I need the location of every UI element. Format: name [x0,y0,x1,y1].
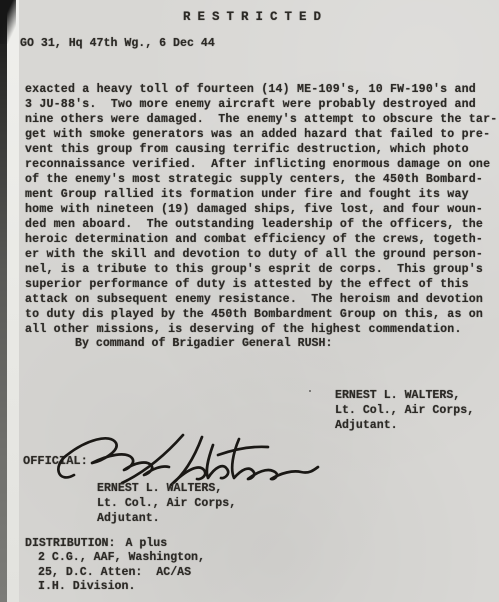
distribution-header: DISTRIBUTION:A plus [25,537,167,550]
classification-header: RESTRICTED [183,10,328,24]
order-reference-line: GO 31, Hq 47th Wg., 6 Dec 44 [20,37,215,50]
body-line: vent this group from causing terrific de… [25,142,491,157]
distribution-addressee: A plus [125,537,167,550]
document-page: RESTRICTED GO 31, Hq 47th Wg., 6 Dec 44 … [0,0,499,602]
body-line: nine others were damaged. The enemy's at… [25,112,491,127]
body-line: superior performance of duty is attested… [25,277,491,292]
distribution-list: 2 C.G., AAF, Washington, 25, D.C. Atten:… [38,551,205,595]
body-line: nel, is a tribute to this group's esprit… [25,262,491,277]
scan-speck [136,268,139,271]
body-line: reconnaissance verified. After inflictin… [25,157,491,172]
body-line: exacted a heavy toll of fourteen (14) ME… [25,82,491,97]
signature-block-official: ERNEST L. WALTERS, Lt. Col., Air Corps, … [97,481,236,526]
signer-rank: Lt. Col., Air Corps, [335,403,474,418]
body-line: 3 JU-88's. Two more enemy aircraft were … [25,97,491,112]
body-line: to duty dis played by the 450th Bombardm… [25,307,491,322]
distribution-item: 25, D.C. Atten: AC/AS [38,566,205,581]
signer-name: ERNEST L. WALTERS, [97,481,236,496]
distribution-label: DISTRIBUTION: [25,537,115,550]
body-line: all other missions, is deserving of the … [25,322,491,337]
command-line: By command of Brigadier General RUSH: [75,337,332,350]
distribution-item: I.H. Division. [38,580,205,595]
scan-speck [309,390,311,392]
body-line: get with smoke generators was an added h… [25,127,491,142]
body-line: er with the skill and devotion to duty o… [25,247,491,262]
body-line: heroic determination and combat efficien… [25,232,491,247]
signer-title: Adjutant. [335,418,474,433]
scan-edge-shadow [0,0,7,602]
body-line: ded men aboard. The outstanding leadersh… [25,217,491,232]
scan-corner-shadow [0,0,16,44]
signer-rank: Lt. Col., Air Corps, [97,496,236,511]
body-paragraph: exacted a heavy toll of fourteen (14) ME… [25,82,491,337]
body-line: ment Group rallied its formation under f… [25,187,491,202]
signature-block-right: ERNEST L. WALTERS, Lt. Col., Air Corps, … [335,388,474,433]
body-line: home with nineteen (19) damaged ships, f… [25,202,491,217]
body-line: of the enemy's most strategic supply cen… [25,172,491,187]
scan-edge-highlight [7,0,19,602]
body-line: attack on subsequent enemy resistance. T… [25,292,491,307]
scan-speck [28,313,30,315]
signer-name: ERNEST L. WALTERS, [335,388,474,403]
signer-title: Adjutant. [97,511,236,526]
distribution-item: 2 C.G., AAF, Washington, [38,551,205,566]
